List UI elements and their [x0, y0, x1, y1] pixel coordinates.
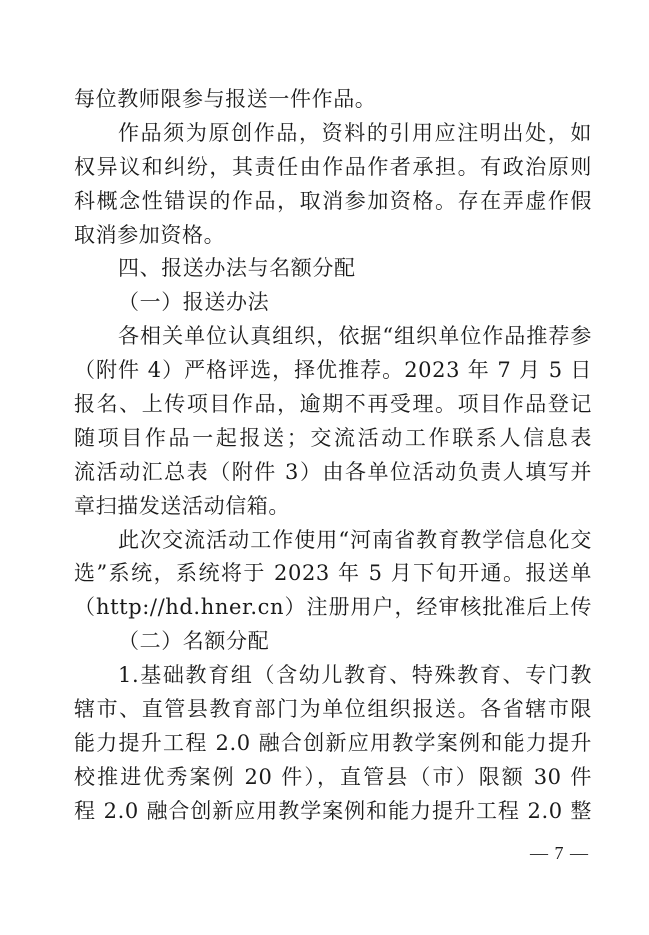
text-line: 1.基础教育组（含幼儿教育、特殊教育、专门教育）：以各省	[74, 659, 592, 693]
text-line: 校推进优秀案例 20 件），直管县（市）限额 30 件（含能力提升工	[74, 761, 592, 795]
text-line: 每位教师限参与报送一件作品。	[74, 83, 592, 117]
text-line: 章扫描发送活动信箱。	[74, 490, 592, 524]
text-line: 各相关单位认真组织，依据“组织单位作品推荐参考指标”	[74, 320, 592, 354]
text-line: 权异议和纠纷，其责任由作品作者承担。有政治原则性错误和学	[74, 151, 592, 185]
text-line-with-url: （http://hd.hner.cn）注册用户，经审核批准后上传报送作品。	[74, 591, 592, 625]
text-line: （附件 4）严格评选，择优推荐。2023 年 7 月 5 日前，进行网上	[74, 354, 592, 388]
text-line: 流活动汇总表（附件 3）由各单位活动负责人填写并加盖单位公	[74, 456, 592, 490]
section-heading: 四、报送办法与名额分配	[74, 252, 592, 286]
text-line: 能力提升工程 2.0 融合创新应用教学案例和能力提升工程 2.0 整	[74, 727, 592, 761]
body-text: 每位教师限参与报送一件作品。 作品须为原创作品，资料的引用应注明出处，如引起知识…	[74, 83, 592, 829]
text-line: 报名、上传项目作品，逾期不再受理。项目作品登记表（附件 1）	[74, 388, 592, 422]
text-line: 选”系统，系统将于 2023 年 5 月下旬开通。报送单位通过	[74, 557, 592, 591]
text-line: 科概念性错误的作品，取消参加资格。存在弄虚作假行为的作品，	[74, 185, 592, 219]
subsection-heading: （二）名额分配	[74, 625, 592, 659]
document-page: 每位教师限参与报送一件作品。 作品须为原创作品，资料的引用应注明出处，如引起知识…	[0, 0, 649, 935]
text-line: 作品须为原创作品，资料的引用应注明出处，如引起知识产	[74, 117, 592, 151]
text-line: 此次交流活动工作使用“河南省教育教学信息化交流活动评	[74, 524, 592, 558]
text-line: 取消参加资格。	[74, 219, 592, 253]
text-line: 程 2.0 融合创新应用教学案例和能力提升工程 2.0 整校推进优秀	[74, 795, 592, 829]
text-line: 辖市、直管县教育部门为单位组织报送。各省辖市限额 100 件（含	[74, 693, 592, 727]
text-line: 随项目作品一起报送；交流活动工作联系人信息表（附件 2）、交	[74, 422, 592, 456]
page-number: — 7 —	[530, 843, 589, 864]
subsection-heading: （一）报送办法	[74, 286, 592, 320]
